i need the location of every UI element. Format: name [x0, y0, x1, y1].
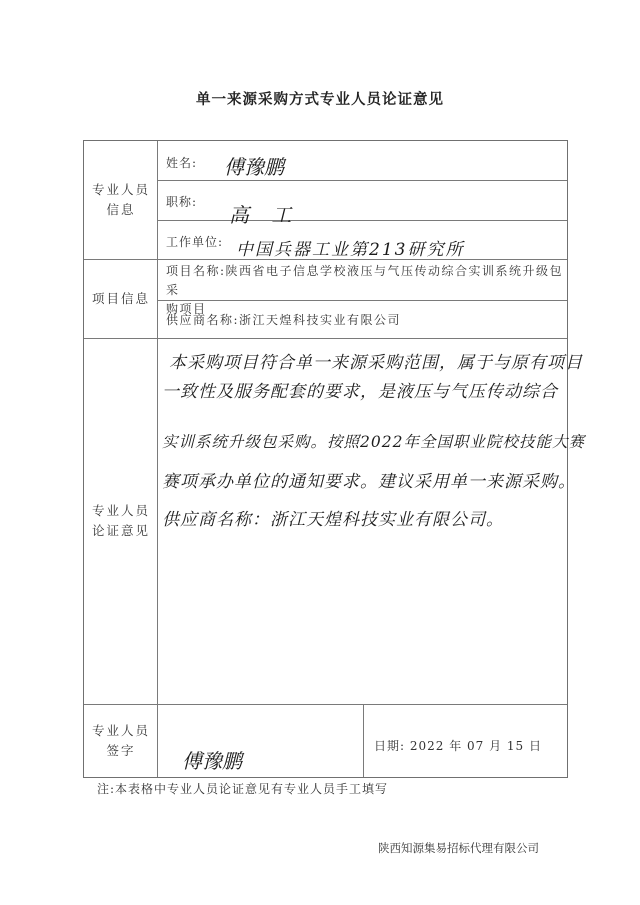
opinion-form-table: 专业人员 信息 姓名: 傅豫鹏 职称: 高 工 工作单位: 中国兵器工业第213… — [83, 140, 568, 778]
opinion-label: 专业人员 论证意见 — [84, 338, 158, 704]
work-unit-label: 工作单位: — [166, 233, 223, 250]
footer-organization: 陕西知源集易招标代理有限公司 — [378, 840, 539, 856]
name-label: 姓名: — [166, 154, 197, 171]
label-line: 信息 — [106, 200, 135, 220]
label-line: 专业人员 — [92, 721, 150, 741]
title-value: 高 工 — [229, 199, 299, 228]
row-divider — [157, 220, 567, 221]
row-divider — [157, 180, 567, 181]
opinion-line: 实训系统升级包采购。按照2022年全国职业院校技能大赛 — [162, 430, 585, 452]
label-line: 签字 — [106, 741, 135, 761]
work-unit-value: 中国兵器工业第213研究所 — [236, 235, 464, 260]
label-line: 专业人员 — [92, 180, 150, 200]
project-name-line: 项目名称:陕西省电子信息学校液压与气压传动综合实训系统升级包采 — [166, 262, 566, 300]
personnel-info-label: 专业人员 信息 — [84, 141, 158, 259]
signature-value: 傅豫鹏 — [182, 745, 242, 774]
signature-date-divider — [363, 704, 364, 777]
opinion-line: 一致性及服务配套的要求，是液压与气压传动综合 — [162, 377, 558, 402]
document-title: 单一来源采购方式专业人员论证意见 — [0, 88, 640, 109]
project-info-label: 项目信息 — [84, 259, 158, 338]
supplier-name: 供应商名称:浙江天煌科技实业有限公司 — [166, 311, 401, 330]
signature-date: 日期: 2022 年 07 月 15 日 — [374, 737, 542, 754]
opinion-line: 赛项承办单位的通知要求。建议采用单一来源采购。 — [162, 467, 576, 492]
label-line: 论证意见 — [92, 521, 150, 541]
title-label: 职称: — [166, 193, 197, 210]
form-note: 注:本表格中专业人员论证意见有专业人员手工填写 — [97, 780, 388, 797]
label-line: 专业人员 — [92, 501, 150, 521]
opinion-line: 供应商名称：浙江天煌科技实业有限公司。 — [162, 505, 504, 530]
label-line: 项目信息 — [92, 289, 150, 309]
opinion-line: 本采购项目符合单一来源采购范围，属于与原有项目 — [169, 348, 583, 373]
signature-label: 专业人员 签字 — [84, 704, 158, 777]
name-value: 傅豫鹏 — [224, 151, 284, 180]
